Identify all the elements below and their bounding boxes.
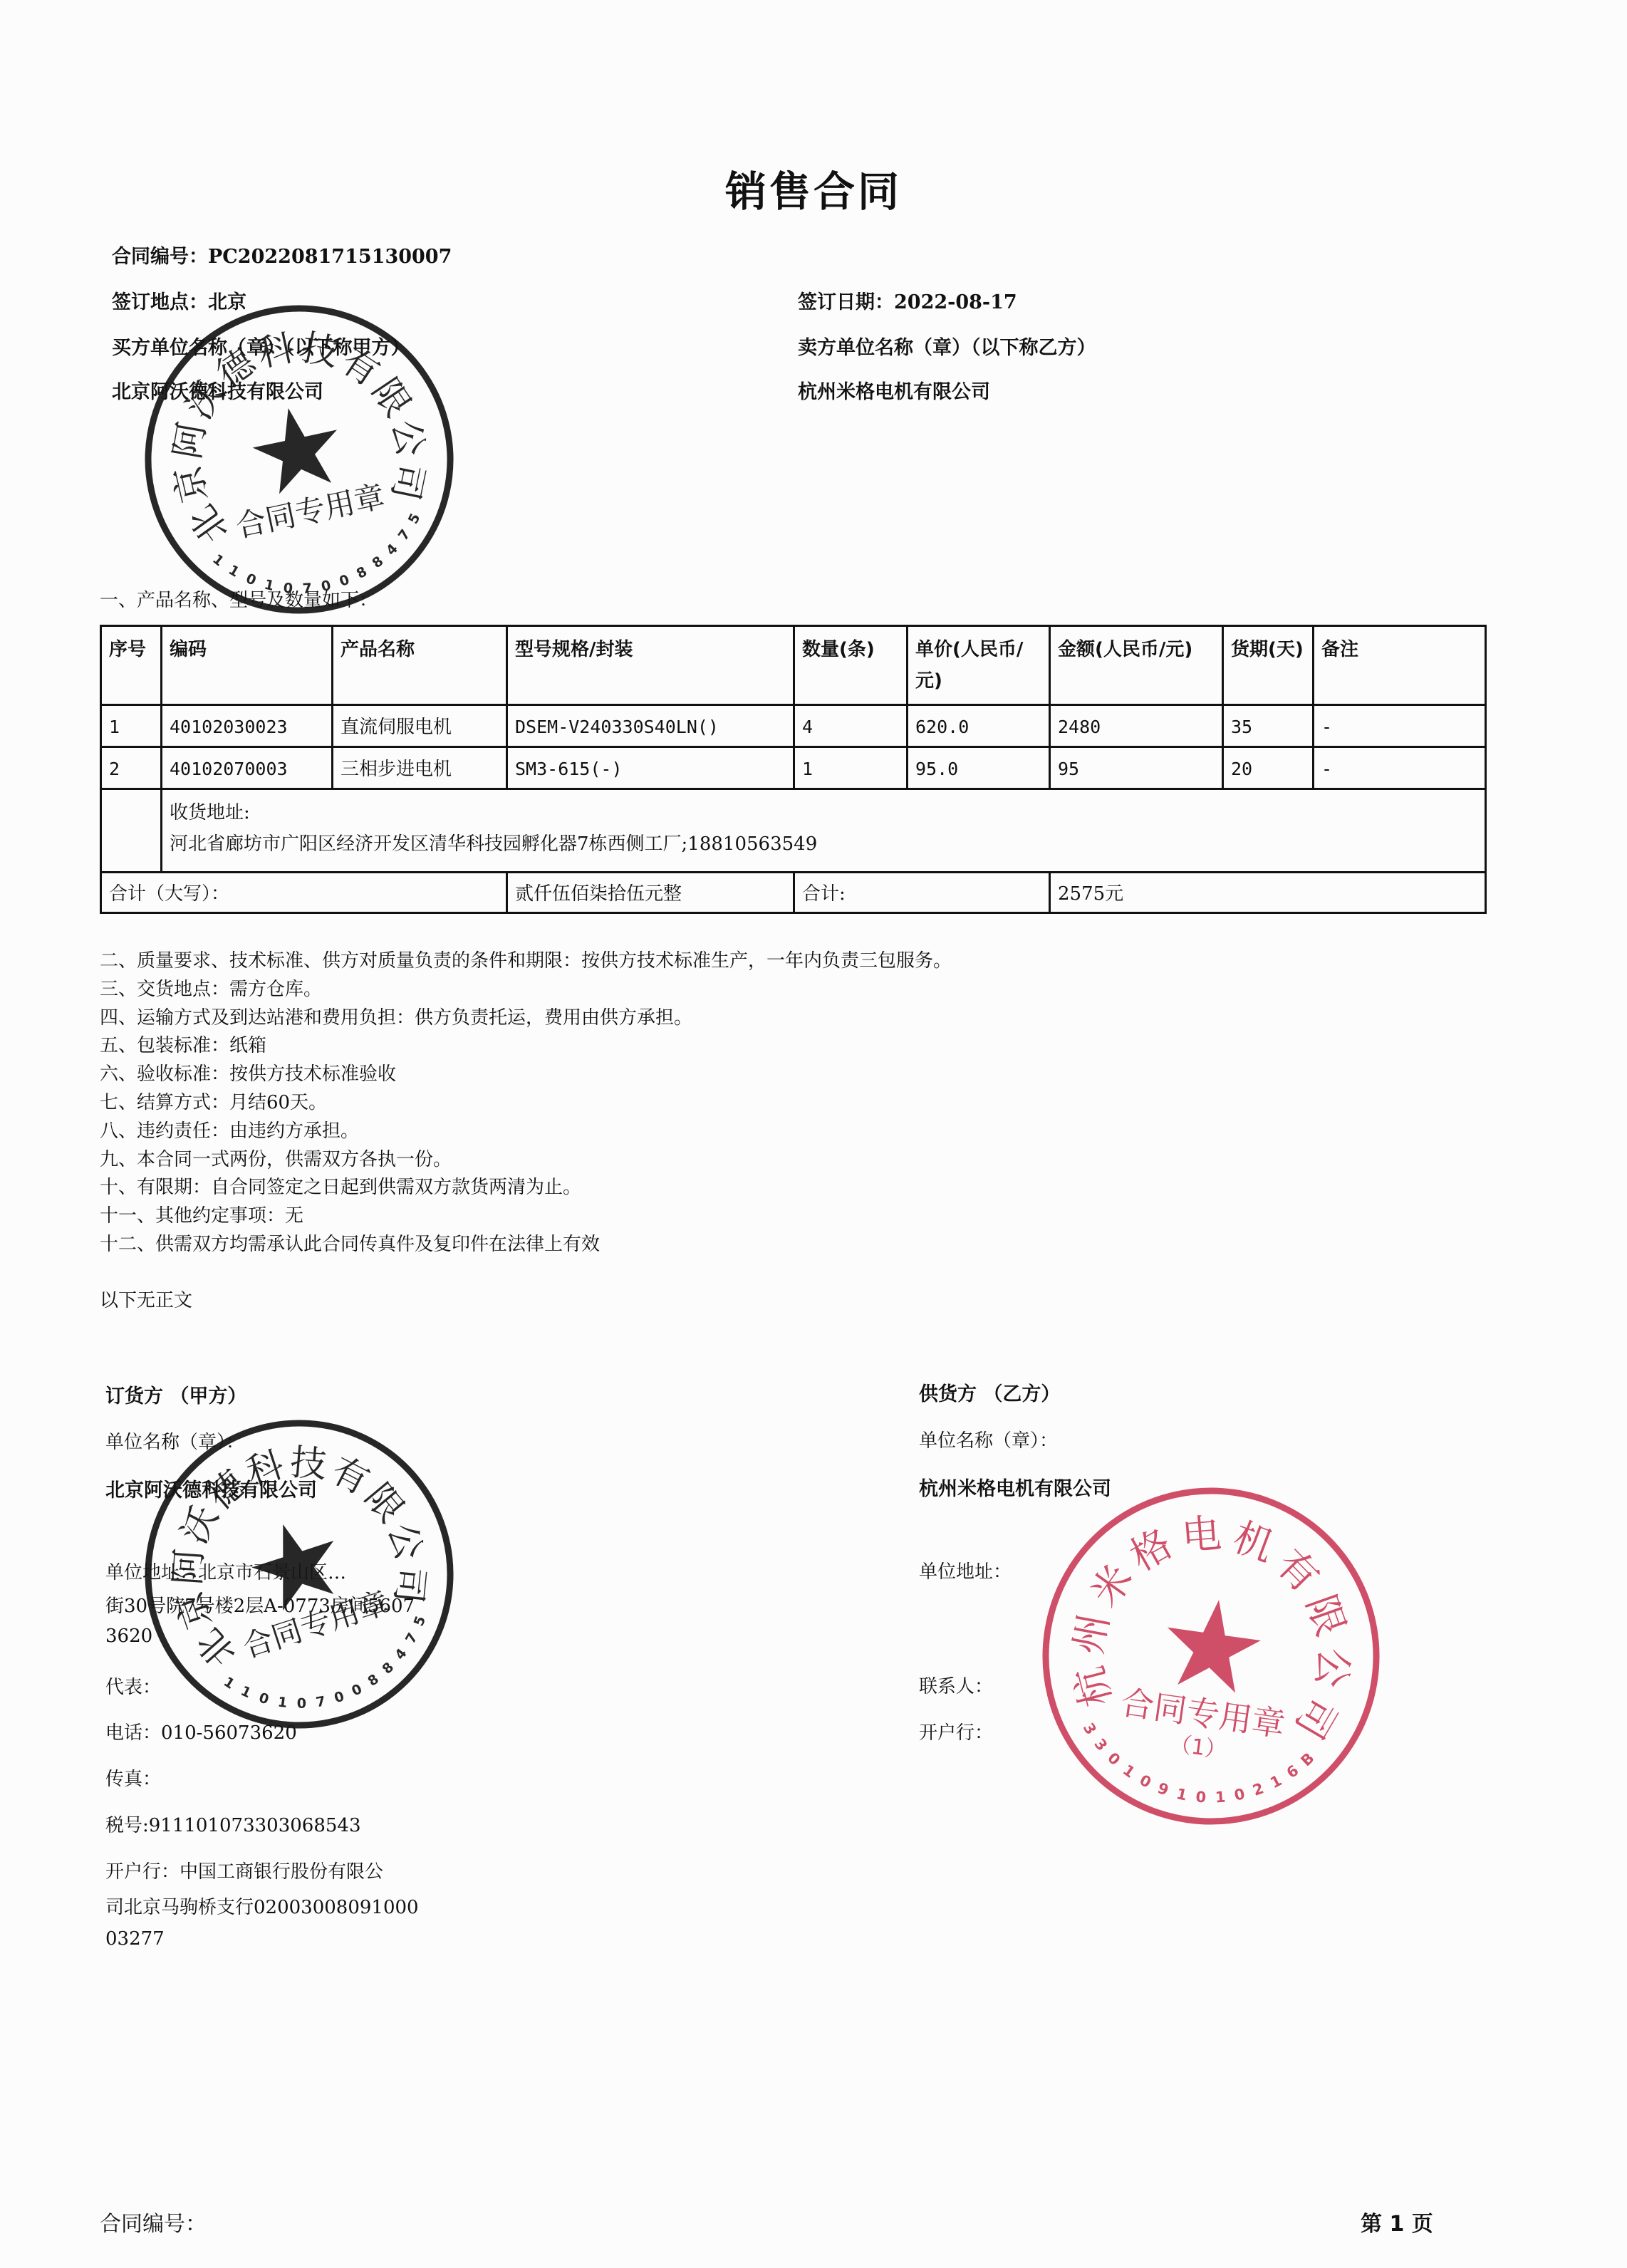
clause-2: 二、质量要求、技术标准、供方对质量负责的条件和期限：按供方技术标准生产，一年内负… (100, 947, 952, 976)
clause-8: 八、违约责任：由违约方承担。 (100, 1118, 952, 1146)
total-upper-value: 贰仟伍佰柒拾伍元整 (507, 873, 794, 913)
svg-text:1: 1 (221, 1674, 237, 1692)
cell-unit-price: 95.0 (908, 747, 1050, 789)
svg-text:杭: 杭 (1066, 1662, 1121, 1712)
clause-12: 十二、供需双方均需承认此合同传真件及复印件在法律上有效 (100, 1231, 952, 1259)
svg-text:公: 公 (1307, 1646, 1357, 1690)
svg-text:沃: 沃 (173, 1499, 227, 1550)
cell-amount: 95 (1050, 747, 1223, 789)
header-lead-time: 货期(天) (1223, 626, 1314, 705)
product-table: 序号 编码 产品名称 型号规格/封装 数量(条) 单价(人民币/元) 金额(人民… (100, 625, 1487, 914)
contract-number-label: 合同编号： (112, 246, 208, 268)
svg-text:5: 5 (405, 511, 424, 526)
svg-text:2: 2 (1250, 1779, 1266, 1799)
svg-text:北: 北 (188, 1621, 244, 1675)
svg-text:合同专用章: 合同专用章 (1118, 1683, 1287, 1744)
svg-text:3: 3 (1091, 1735, 1111, 1754)
svg-text:1: 1 (277, 1695, 289, 1712)
buyer-representative: 代表： (105, 1673, 161, 1699)
svg-text:限: 限 (364, 371, 419, 425)
cell-lead-time: 35 (1223, 705, 1314, 747)
sign-place-label: 签订地点： (112, 291, 208, 313)
total-value: 2575元 (1050, 873, 1486, 913)
seller-block-heading: 供货方 （乙方） (919, 1378, 1060, 1406)
svg-text:1: 1 (1175, 1785, 1188, 1804)
clause-7: 七、结算方式：月结60天。 (100, 1089, 952, 1118)
header-code: 编码 (162, 626, 333, 705)
svg-text:0: 0 (1104, 1749, 1123, 1769)
header-product-name: 产品名称 (333, 626, 507, 705)
svg-text:0: 0 (1195, 1789, 1207, 1806)
contract-number: 合同编号：PC2022081715130007 (112, 241, 452, 269)
seller-seal: 杭州米格电机有限公司合同专用章（1）3301091010216B (1029, 1474, 1393, 1838)
delivery-address-label: 收货地址: (170, 797, 1477, 828)
buyer-label: 买方单位名称（章）（以下称甲方） (112, 332, 410, 360)
header-remarks: 备注 (1314, 626, 1486, 705)
delivery-address-value: 河北省廊坊市广阳区经济开发区清华科技园孵化器7栋西侧工厂;18810563549 (170, 828, 1477, 860)
clause-9: 九、本合同一式两份，供需双方各执一份。 (100, 1146, 952, 1175)
svg-text:司: 司 (1286, 1689, 1346, 1747)
svg-text:3: 3 (1080, 1720, 1100, 1738)
svg-text:0: 0 (1233, 1785, 1247, 1804)
delivery-address-cell: 收货地址: 河北省廊坊市广阳区经济开发区清华科技园孵化器7栋西侧工厂;18810… (162, 789, 1486, 873)
clause-6: 六、验收标准：按供方技术标准验收 (100, 1061, 952, 1089)
clause-5: 五、包装标准：纸箱 (100, 1032, 952, 1061)
svg-text:司: 司 (384, 460, 432, 504)
cell-product-name: 三相步进电机 (333, 747, 507, 789)
sign-date-value: 2022-08-17 (894, 291, 1017, 313)
cell-amount: 2480 (1050, 705, 1223, 747)
sign-place-value: 北京 (208, 291, 246, 313)
seller-name: 杭州米格电机有限公司 (798, 376, 990, 404)
buyer-bank-line-3: 03277 (105, 1928, 165, 1950)
svg-text:机: 机 (1227, 1514, 1280, 1571)
cell-code: 40102070003 (162, 747, 333, 789)
cell-remarks: - (1314, 705, 1486, 747)
section-1-heading: 一、产品名称、型号及数量如下： (100, 586, 378, 612)
seller-bank-label: 开户行： (919, 1718, 993, 1744)
header-amount: 金额(人民币/元) (1050, 626, 1223, 705)
cell-index: 1 (101, 705, 162, 747)
total-upper-label: 合计（大写）： (101, 873, 507, 913)
cell-product-name: 直流伺服电机 (333, 705, 507, 747)
svg-text:米: 米 (1082, 1556, 1143, 1616)
svg-text:6: 6 (1284, 1762, 1302, 1781)
clause-10: 十、有限期：自合同签定之日起到供需双方款货两清为止。 (100, 1174, 952, 1202)
buyer-fax: 传真： (105, 1764, 161, 1791)
svg-text:4: 4 (392, 1645, 410, 1663)
svg-text:有: 有 (325, 1449, 376, 1503)
sign-place: 签订地点：北京 (112, 286, 246, 314)
svg-text:公: 公 (384, 416, 432, 459)
svg-text:8: 8 (365, 1671, 381, 1690)
svg-text:0: 0 (1137, 1772, 1154, 1791)
total-row: 合计（大写）： 贰仟伍佰柒拾伍元整 合计: 2575元 (101, 873, 1486, 913)
svg-text:京: 京 (166, 462, 215, 506)
header-unit-price: 单价(人民币/元) (908, 626, 1050, 705)
header-model: 型号规格/封装 (507, 626, 794, 705)
seller-unit-name: 杭州米格电机有限公司 (919, 1473, 1111, 1501)
svg-text:1: 1 (1120, 1762, 1138, 1781)
svg-text:7: 7 (315, 1693, 327, 1710)
svg-text:电: 电 (1180, 1511, 1223, 1560)
contract-clauses: 二、质量要求、技术标准、供方对质量负责的条件和期限：按供方技术标准生产，一年内负… (100, 947, 952, 1259)
cell-index: 2 (101, 747, 162, 789)
cell-quantity: 4 (794, 705, 908, 747)
svg-text:0: 0 (257, 1690, 271, 1708)
svg-text:北: 北 (181, 497, 236, 551)
buyer-unit-name: 北京阿沃德科技有限公司 (105, 1474, 317, 1502)
sign-date-label: 签订日期： (798, 291, 894, 313)
contract-number-value: PC2022081715130007 (208, 246, 452, 268)
svg-text:阿: 阿 (166, 419, 214, 462)
delivery-address-row: 收货地址: 河北省廊坊市广阳区经济开发区清华科技园孵化器7栋西侧工厂;18810… (101, 789, 1486, 873)
svg-text:9: 9 (1155, 1779, 1171, 1799)
svg-text:B: B (1298, 1749, 1318, 1769)
svg-text:1: 1 (226, 562, 242, 581)
seller-address-label: 单位地址： (919, 1557, 1012, 1583)
clause-11: 十一、其他约定事项：无 (100, 1202, 952, 1231)
cell-quantity: 1 (794, 747, 908, 789)
buyer-block-heading: 订货方 （甲方） (105, 1380, 246, 1408)
svg-text:8: 8 (354, 563, 370, 582)
buyer-bank-line-2: 司北京马驹桥支行02003008091000 (105, 1893, 419, 1919)
header-index: 序号 (101, 626, 162, 705)
cell-code: 40102030023 (162, 705, 333, 747)
svg-text:合同专用章: 合同专用章 (233, 479, 388, 544)
buyer-phone: 电话：010-56073620 (105, 1718, 297, 1744)
cell-model: DSEM-V240330S40LN() (507, 705, 794, 747)
svg-text:有: 有 (1267, 1541, 1328, 1601)
seller-label: 卖方单位名称（章）（以下称乙方） (798, 332, 1096, 360)
seller-unit-name-label: 单位名称（章）： (919, 1426, 1058, 1452)
buyer-unit-name-label: 单位名称（章）： (105, 1427, 244, 1454)
svg-text:8: 8 (380, 1660, 397, 1677)
total-label: 合计: (794, 873, 1050, 913)
cell-lead-time: 20 (1223, 747, 1314, 789)
buyer-bank-line-1: 开户行：中国工商银行股份有限公 (105, 1857, 383, 1883)
svg-text:4: 4 (383, 541, 401, 558)
buyer-tax-number: 税号:911101073303068543 (105, 1811, 361, 1837)
svg-text:0: 0 (297, 1696, 307, 1712)
end-note: 以下无正文 (100, 1286, 192, 1312)
svg-text:8: 8 (369, 553, 386, 572)
svg-text:0: 0 (332, 1688, 345, 1706)
svg-text:1: 1 (239, 1683, 254, 1702)
buyer-address-line-1: 单位地址：北京市石景山区… (105, 1558, 346, 1584)
svg-text:（1）: （1） (1168, 1732, 1228, 1764)
cell-remarks: - (1314, 747, 1486, 789)
header-quantity: 数量(条) (794, 626, 908, 705)
svg-text:1: 1 (1215, 1789, 1226, 1806)
document-title: 销售合同 (0, 158, 1627, 218)
buyer-address-line-2: 街30号院7号楼2层A-0773房间5607 (105, 1591, 415, 1618)
svg-text:格: 格 (1123, 1521, 1180, 1581)
table-header-row: 序号 编码 产品名称 型号规格/封装 数量(条) 单价(人民币/元) 金额(人民… (101, 626, 1486, 705)
svg-text:7: 7 (402, 1630, 421, 1646)
svg-text:州: 州 (1065, 1611, 1118, 1658)
svg-text:1: 1 (1267, 1772, 1284, 1791)
svg-text:7: 7 (395, 526, 414, 543)
sign-date: 签订日期：2022-08-17 (798, 286, 1017, 314)
svg-text:公: 公 (380, 1518, 431, 1565)
address-spacer-cell (101, 789, 162, 873)
buyer-address-line-3: 3620 (105, 1625, 152, 1647)
table-row: 2 40102070003 三相步进电机 SM3-615(-) 1 95.0 9… (101, 747, 1486, 789)
svg-text:限: 限 (1297, 1589, 1354, 1642)
clause-4: 四、运输方式及到达站港和费用负担：供方负责托运，费用由供方承担。 (100, 1004, 952, 1033)
svg-text:限: 限 (357, 1476, 412, 1531)
svg-text:1: 1 (209, 551, 227, 569)
page-number: 第 1 页 (1361, 2206, 1433, 2237)
table-row: 1 40102030023 直流伺服电机 DSEM-V240330S40LN()… (101, 705, 1486, 747)
buyer-name: 北京阿沃德科技有限公司 (112, 376, 323, 404)
cell-unit-price: 620.0 (908, 705, 1050, 747)
footer-contract-number-label: 合同编号： (100, 2206, 207, 2237)
svg-text:0: 0 (349, 1681, 365, 1700)
cell-model: SM3-615(-) (507, 747, 794, 789)
clause-3: 三、交货地点：需方仓库。 (100, 976, 952, 1004)
seller-contact-label: 联系人： (919, 1672, 993, 1698)
